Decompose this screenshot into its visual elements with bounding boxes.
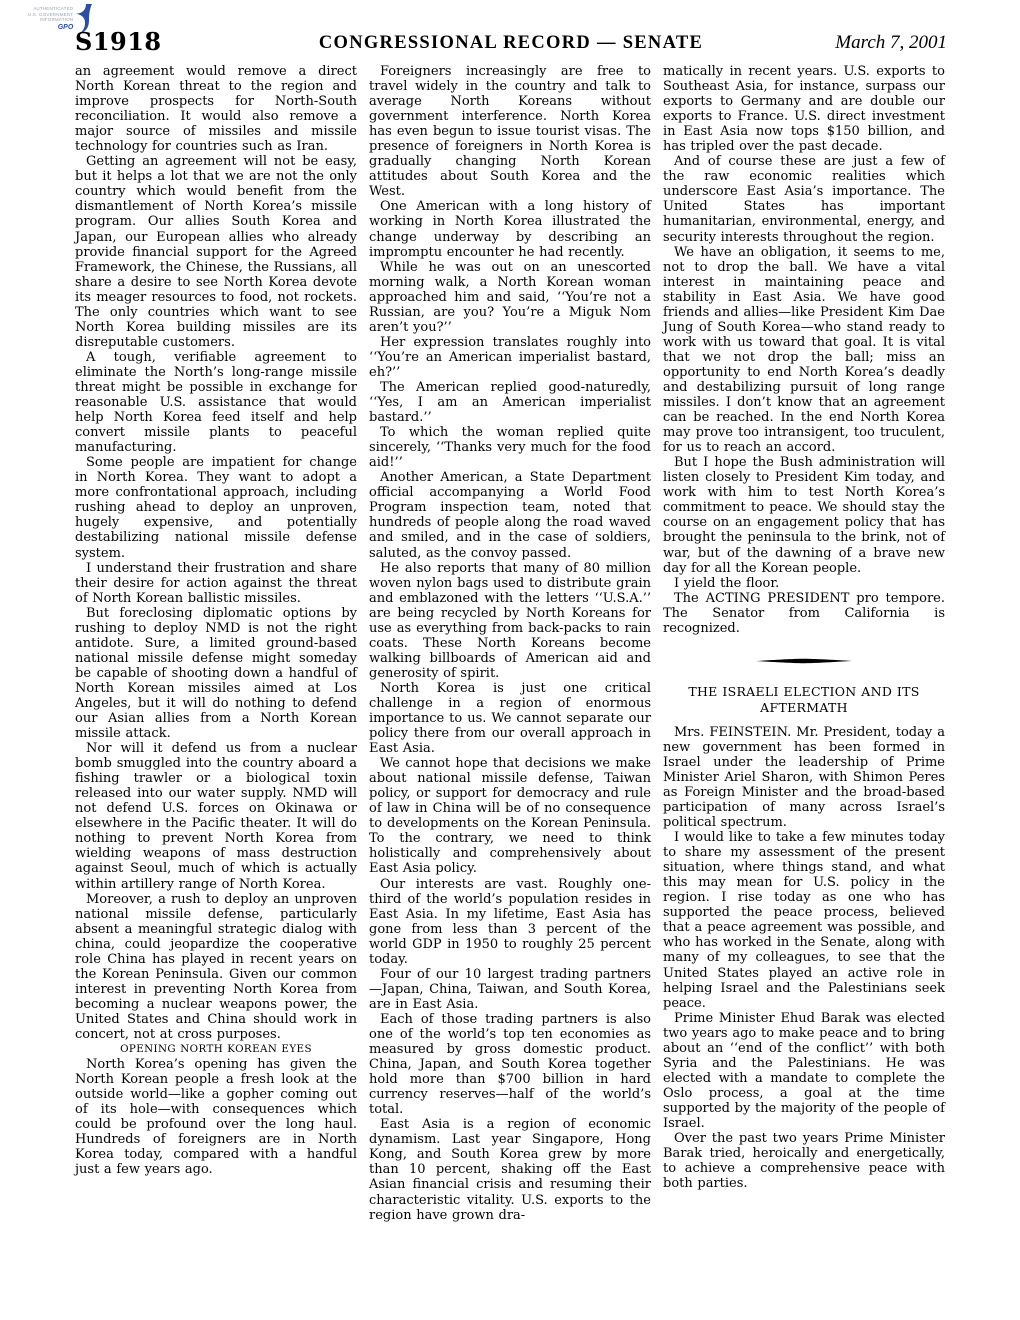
paragraph: an agreement would remove a direct North…	[75, 64, 357, 154]
paragraph: I yield the floor.	[663, 576, 945, 591]
paragraph: He also reports that many of 80 million …	[369, 561, 651, 681]
paragraph: North Korea’s opening has given the Nort…	[75, 1057, 357, 1177]
article-title: THE ISRAELI ELECTION AND ITS AFTERMATH	[681, 684, 927, 717]
page-number: S1918	[75, 27, 162, 56]
section-divider	[663, 658, 945, 664]
paragraph: Getting an agreement will not be easy, b…	[75, 154, 357, 350]
article-columns: an agreement would remove a direct North…	[75, 64, 945, 1223]
column-3: matically in recent years. U.S. exports …	[663, 64, 945, 1223]
gpo-seal-line: AUTHENTICATED	[28, 6, 73, 12]
paragraph: Moreover, a rush to deploy an unproven n…	[75, 892, 357, 1042]
page-header: S1918 CONGRESSIONAL RECORD — SENATE Marc…	[75, 26, 947, 56]
paragraph: We cannot hope that decisions we make ab…	[369, 756, 651, 876]
gpo-seal-text-block: AUTHENTICATED U.S. GOVERNMENT INFORMATIO…	[28, 6, 73, 31]
paragraph: I understand their frustration and share…	[75, 561, 357, 606]
paragraph: Prime Minister Ehud Barak was elected tw…	[663, 1011, 945, 1131]
paragraph: Over the past two years Prime Minister B…	[663, 1131, 945, 1191]
swell-dash-icon	[756, 658, 852, 664]
paragraph: Her expression translates roughly into ‘…	[369, 335, 651, 380]
paragraph: The ACTING PRESIDENT pro tempore. The Se…	[663, 591, 945, 636]
paragraph: But I hope the Bush administration will …	[663, 455, 945, 575]
paragraph: Another American, a State Department off…	[369, 470, 651, 560]
paragraph: matically in recent years. U.S. exports …	[663, 64, 945, 154]
paragraph: Foreigners increasingly are free to trav…	[369, 64, 651, 199]
paragraph: I would like to take a few minutes today…	[663, 830, 945, 1011]
paragraph: Our interests are vast. Roughly one-thir…	[369, 877, 651, 967]
column-1: an agreement would remove a direct North…	[75, 64, 357, 1223]
paragraph: One American with a long history of work…	[369, 199, 651, 259]
gpo-seal-line: INFORMATION	[28, 17, 73, 23]
paragraph: Each of those trading partners is also o…	[369, 1012, 651, 1117]
paragraph: East Asia is a region of economic dynami…	[369, 1117, 651, 1222]
section-subheading: OPENING NORTH KOREAN EYES	[75, 1042, 357, 1057]
paragraph: North Korea is just one critical challen…	[369, 681, 651, 756]
issue-date: March 7, 2001	[835, 32, 947, 54]
paragraph: And of course these are just a few of th…	[663, 154, 945, 244]
paragraph: We have an obligation, it seems to me, n…	[663, 245, 945, 456]
paragraph: The American replied good-naturedly, ‘‘Y…	[369, 380, 651, 425]
column-2: Foreigners increasingly are free to trav…	[369, 64, 651, 1223]
paragraph: Four of our 10 largest trading partners—…	[369, 967, 651, 1012]
paragraph: A tough, verifiable agreement to elimina…	[75, 350, 357, 455]
gpo-logo-text: GPO	[58, 24, 74, 31]
paragraph: But foreclosing diplomatic options by ru…	[75, 606, 357, 741]
congressional-record-page: AUTHENTICATED U.S. GOVERNMENT INFORMATIO…	[0, 0, 1020, 1320]
paragraph: Some people are impatient for change in …	[75, 455, 357, 560]
paragraph: To which the woman replied quite sincere…	[369, 425, 651, 470]
masthead-title: CONGRESSIONAL RECORD — SENATE	[319, 33, 703, 54]
paragraph: Mrs. FEINSTEIN. Mr. President, today a n…	[663, 725, 945, 830]
paragraph: While he was out on an unescorted mornin…	[369, 260, 651, 335]
paragraph: Nor will it defend us from a nuclear bom…	[75, 741, 357, 891]
